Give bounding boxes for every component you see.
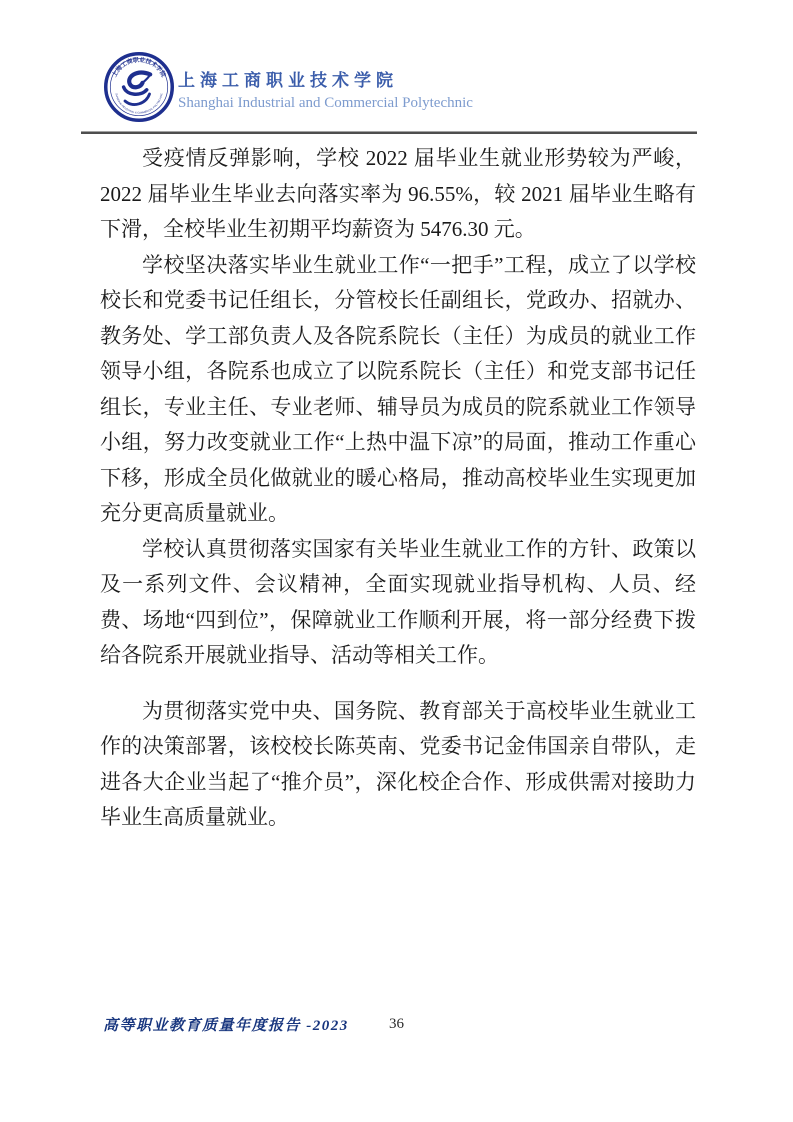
paragraph-promotion-visits: 为贯彻落实党中央、国务院、教育部关于高校毕业生就业工作的决策部署，该校校长陈英南… <box>100 694 696 836</box>
header-title-block: 上海工商职业技术学院 Shanghai Industrial and Comme… <box>178 69 473 113</box>
page-number: 36 <box>0 1016 793 1033</box>
school-name-zh: 上海工商职业技术学院 <box>178 69 473 93</box>
school-name-en: Shanghai Industrial and Commercial Polyt… <box>178 93 473 113</box>
paragraph-leadership-project: 学校坚决落实毕业生就业工作“一把手”工程，成立了以学校校长和党委书记任组长，分管… <box>100 248 696 532</box>
school-logo-icon: 上海工商职业技术学院 SHANGHAI INDUSTRIAL & COMMERC… <box>104 52 174 122</box>
header-divider <box>81 131 697 134</box>
document-page: 上海工商职业技术学院 SHANGHAI INDUSTRIAL & COMMERC… <box>0 0 793 1122</box>
paragraph-policy-implementation: 学校认真贯彻落实国家有关毕业生就业工作的方针、政策以及一系列文件、会议精神，全面… <box>100 532 696 674</box>
paragraph-employment-overview: 受疫情反弹影响，学校 2022 届毕业生就业形势较为严峻，2022 届毕业生毕业… <box>100 141 696 248</box>
report-body: 受疫情反弹影响，学校 2022 届毕业生就业形势较为严峻，2022 届毕业生毕业… <box>100 141 696 836</box>
